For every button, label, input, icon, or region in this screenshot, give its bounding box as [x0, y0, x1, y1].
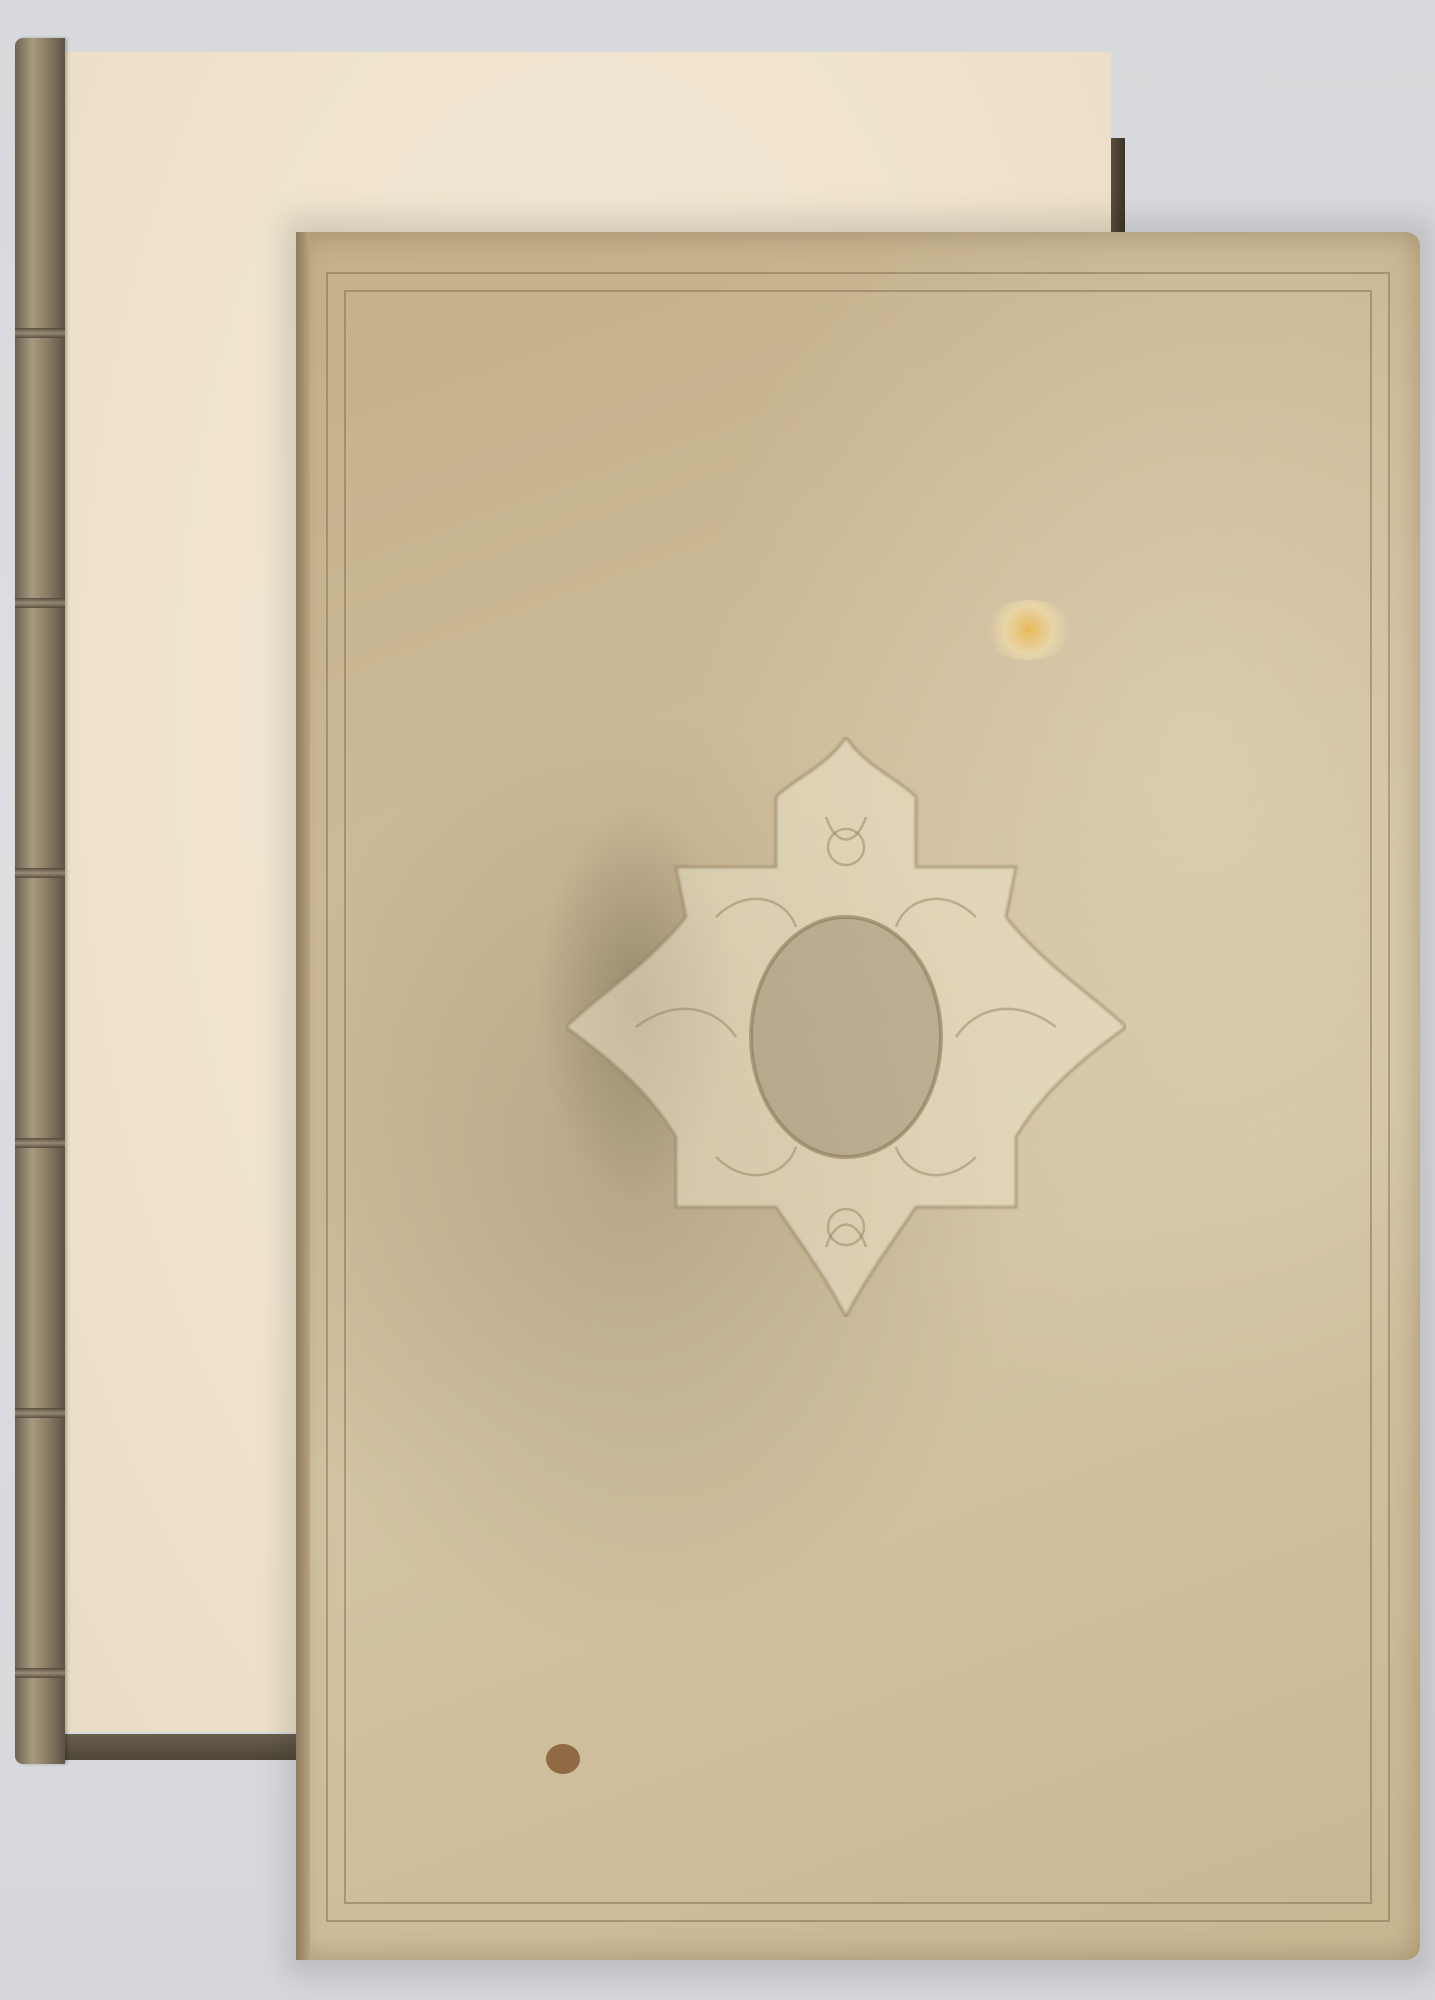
front-book-spine-edge — [296, 232, 310, 1960]
embossed-cartouche-ornament — [566, 737, 1126, 1317]
spine-band — [15, 328, 65, 338]
spine-band — [15, 1138, 65, 1148]
spine-band — [15, 1668, 65, 1678]
spine-band — [15, 598, 65, 608]
front-book-cover — [296, 232, 1420, 1960]
yellow-stain — [984, 600, 1074, 660]
brown-spot — [546, 1744, 580, 1774]
back-book-spine — [15, 38, 65, 1764]
spine-band — [15, 868, 65, 878]
spine-band — [15, 1408, 65, 1418]
